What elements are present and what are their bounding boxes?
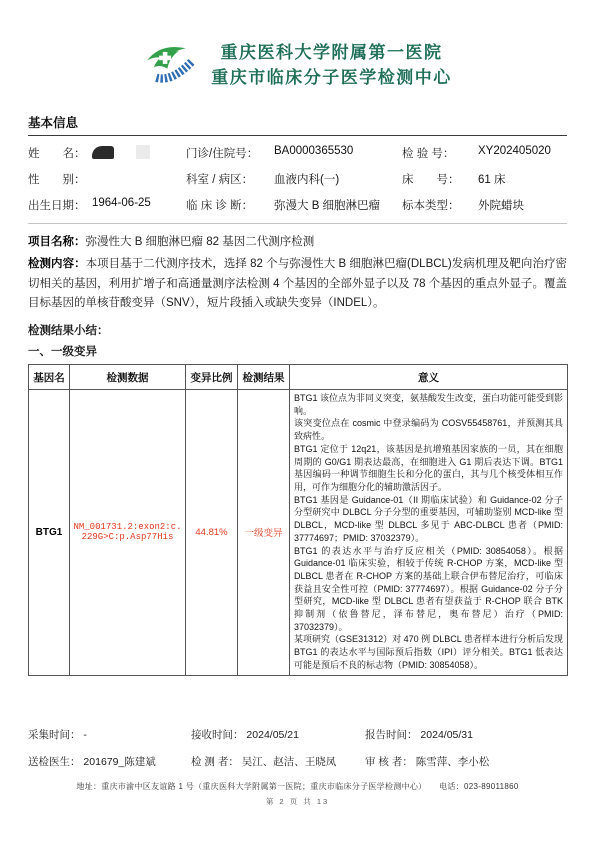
name-label: 姓 名：: [28, 139, 92, 165]
col-header-significance: 意义: [290, 365, 568, 390]
hospital-name: 重庆医科大学附属第一医院: [211, 41, 452, 66]
address-text: 地址：重庆市渝中区友谊路 1 号（重庆医科大学附属第一医院；重庆市临床分子医学检…: [76, 782, 422, 791]
hospital-logo-icon: [143, 40, 201, 91]
visit-id-label: 门诊/住院号：: [186, 139, 274, 165]
test-no-label: 检 验 号：: [402, 139, 478, 165]
reviewer-value: 陈雪萍、李小松: [416, 756, 490, 768]
phone-value: 023-89011860: [464, 782, 519, 791]
table-row: BTG1 NM_001731.2:exon2:c.229G>C:p.Asp77H…: [29, 390, 568, 675]
hospital-title-block: 重庆医科大学附属第一医院 重庆市临床分子医学检测中心: [211, 41, 452, 90]
project-name-value: 弥漫性大 B 细胞淋巴瘤 82 基因二代测序检测: [86, 236, 315, 248]
test-content-paragraph: 检测内容：本项目基于二代测序技术，选择 82 个与弥漫性大 B 细胞淋巴瘤(DL…: [28, 255, 567, 314]
col-header-ratio: 变异比例: [186, 365, 238, 390]
name-redaction: [92, 146, 114, 159]
gender-value: [92, 165, 186, 191]
project-name-line: 项目名称：弥漫性大 B 细胞淋巴瘤 82 基因二代测序检测: [28, 233, 567, 253]
tester-label: 检 测 者：: [191, 756, 239, 768]
footer-times-row: 采集时间： - 接收时间： 2024/05/21 报告时间： 2024/05/3…: [28, 722, 567, 747]
test-content-value: 本项目基于二代测序技术，选择 82 个与弥漫性大 B 细胞淋巴瘤(DLBCL)发…: [28, 258, 567, 310]
variant-table: 基因名 检测数据 变异比例 检测结果 意义 BTG1 NM_001731.2:e…: [28, 364, 568, 675]
basic-info-grid: 姓 名： 门诊/住院号： BA0000365530 检 验 号： XY20240…: [28, 136, 567, 224]
receive-time-value: 2024/05/21: [246, 729, 299, 741]
test-content-label: 检测内容：: [28, 258, 86, 270]
center-name: 重庆市临床分子医学检测中心: [211, 66, 452, 91]
col-header-result: 检测结果: [238, 365, 290, 390]
dept-label: 科室 / 病区：: [186, 165, 274, 191]
variant-ratio-cell: 44.81%: [186, 390, 238, 675]
footer-staff-row: 送检医生： 201679_陈建斌 检 测 者： 吴江、赵洁、王晓凤 审 核 者：…: [28, 749, 567, 774]
reviewer: 审 核 者： 陈雪萍、李小松: [365, 749, 567, 774]
collect-time-label: 采集时间：: [28, 729, 81, 741]
dept-value: 血液内科(一): [274, 165, 402, 191]
specimen-value: 外院蜡块: [478, 191, 567, 217]
referring-doctor-label: 送检医生：: [28, 756, 81, 768]
phone-label: 电话：: [439, 782, 464, 791]
referring-doctor: 送检医生： 201679_陈建斌: [28, 749, 191, 774]
address-line: 地址：重庆市渝中区友谊路 1 号（重庆医科大学附属第一医院；重庆市临床分子医学检…: [28, 781, 567, 792]
referring-doctor-value: 201679_陈建斌: [83, 756, 155, 768]
report-time-value: 2024/05/31: [420, 729, 473, 741]
report-time: 报告时间： 2024/05/31: [365, 722, 567, 747]
variant-table-header-row: 基因名 检测数据 变异比例 检测结果 意义: [29, 365, 568, 390]
collect-time-value: -: [83, 729, 87, 741]
diagnosis-value: 弥漫大 B 细胞淋巴瘤: [274, 191, 402, 217]
bed-label: 床 号：: [402, 165, 478, 191]
specimen-label: 标本类型：: [402, 191, 478, 217]
summary-title: 检测结果小结：: [28, 322, 567, 338]
section1-title: 一、一级变异: [28, 343, 567, 359]
report-page: 重庆医科大学附属第一医院 重庆市临床分子医学检测中心 基本信息 姓 名： 门诊/…: [0, 0, 595, 841]
tester: 检 测 者： 吴江、赵洁、王晓凤: [191, 749, 365, 774]
receive-time: 接收时间： 2024/05/21: [191, 722, 365, 747]
reviewer-label: 审 核 者：: [365, 756, 413, 768]
receive-time-label: 接收时间：: [191, 729, 244, 741]
col-header-data: 检测数据: [70, 365, 186, 390]
gene-name-cell: BTG1: [29, 390, 70, 675]
name-value: [92, 139, 186, 165]
tester-value: 吴江、赵洁、王晓凤: [242, 756, 337, 768]
basic-info-title: 基本信息: [28, 113, 567, 136]
page-number: 第 2 页 共 13: [28, 796, 567, 807]
gender-label: 性 别：: [28, 165, 92, 191]
test-no-value: XY202405020: [478, 139, 567, 165]
report-time-label: 报告时间：: [365, 729, 418, 741]
project-name-label: 项目名称：: [28, 236, 86, 248]
significance-cell: BTG1 该位点为非同义突变，氨基酸发生改变，蛋白功能可能受到影响。 该突变位点…: [290, 390, 568, 675]
birthdate-label: 出生日期：: [28, 191, 92, 217]
diagnosis-label: 临 床 诊 断：: [186, 191, 274, 217]
collect-time: 采集时间： -: [28, 722, 191, 747]
name-redaction-2: [136, 145, 150, 159]
report-header: 重庆医科大学附属第一医院 重庆市临床分子医学检测中心: [28, 40, 567, 91]
birthdate-value: 1964-06-25: [92, 191, 186, 217]
visit-id-value: BA0000365530: [274, 139, 402, 165]
col-header-gene: 基因名: [29, 365, 70, 390]
detection-result-cell: 一级变异: [238, 390, 290, 675]
detection-data-cell: NM_001731.2:exon2:c.229G>C:p.Asp77His: [70, 390, 186, 675]
bed-value: 61 床: [478, 165, 567, 191]
